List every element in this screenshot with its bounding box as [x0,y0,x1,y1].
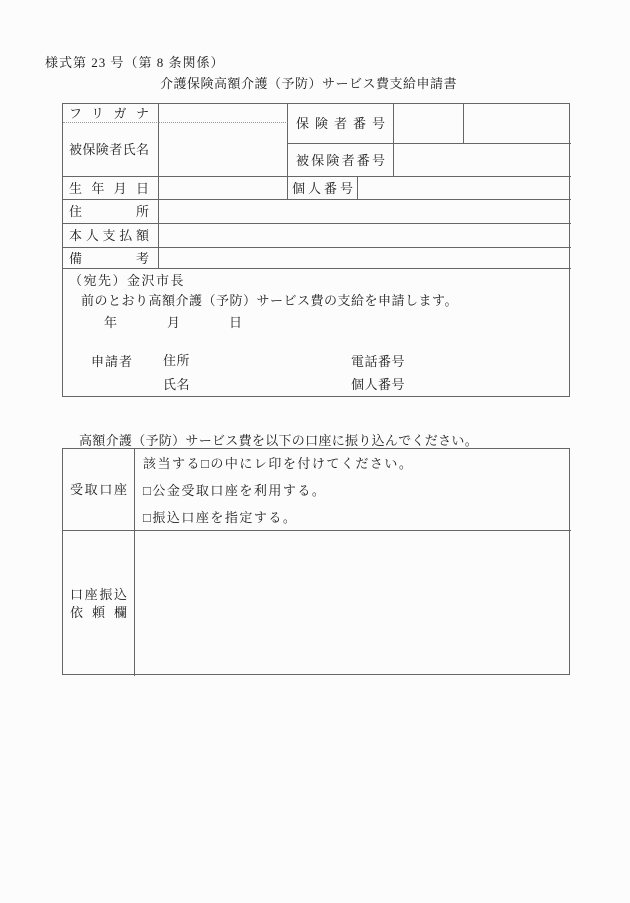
remarks-label: 備考 [63,252,158,265]
insurer-number-label-cell: 保険者番号 [288,104,394,144]
addressee-text: （宛先）金沢市長 [69,274,185,288]
checkbox-option-public-account[interactable]: □公金受取口座を利用する。 [143,484,326,498]
insured-name-label: 被保険者氏名 [63,143,158,156]
account-options-cell: 該当する□の中にレ印を付けてください。 □公金受取口座を利用する。 □振込口座を… [135,449,571,531]
bank-account-table: 受取口座 該当する□の中にレ印を付けてください。 □公金受取口座を利用する。 □… [62,448,570,675]
address-label: 住所 [63,205,158,218]
date-month-label: 月 [167,316,180,330]
transfer-request-label-line1: 口座振込 [63,586,134,604]
date-year-label: 年 [104,316,117,330]
remarks-input-cell[interactable] [159,248,571,269]
personal-number-label-cell: 個人番号 [288,177,358,200]
transfer-request-label-line2: 依頼欄 [63,604,134,622]
self-payment-label-cell: 本人支払額 [63,224,159,248]
birthdate-label: 生年月日 [63,182,158,195]
transfer-request-label-cell: 口座振込 依頼欄 [63,531,135,676]
insured-name-input-cell[interactable] [159,123,288,177]
address-input-cell[interactable] [159,200,571,224]
personal-number-label: 個人番号 [288,182,357,195]
declaration-section: （宛先）金沢市長 前のとおり高額介護（予防）サービス費の支給を申請します。 年 … [63,269,571,398]
receiving-account-label-cell: 受取口座 [63,449,135,531]
furigana-label-cell: フリガナ [63,104,159,123]
personal-number-input-cell[interactable] [358,177,571,200]
applicant-info-table: フリガナ 被保険者氏名 保険者番号 被保険者番号 生年月日 個人番号 住所 本人… [62,103,570,397]
insurer-number-label: 保険者番号 [288,117,393,130]
checkbox-instruction-text: 該当する□の中にレ印を付けてください。 [143,457,413,471]
insured-number-input-cell[interactable] [394,144,571,177]
birthdate-input-cell[interactable] [159,177,288,200]
insured-name-label-cell: 被保険者氏名 [63,123,159,177]
applicant-name-label: 氏名 [163,378,190,392]
applicant-label: 申請者 [91,355,133,369]
application-form-page: 様式第 23 号（第 8 条関係） 介護保険高額介護（予防）サービス費支給申請書… [0,0,630,903]
applicant-phone-label: 電話番号 [351,355,405,369]
transfer-instruction: 高額介護（予防）サービス費を以下の口座に振り込んでください。 [79,430,478,449]
self-payment-input-cell[interactable] [159,224,571,248]
checkbox-option-designated-account[interactable]: □振込口座を指定する。 [143,511,297,525]
transfer-request-input-cell[interactable] [135,531,571,676]
furigana-label: フリガナ [63,107,158,120]
remarks-label-cell: 備考 [63,248,159,269]
address-label-cell: 住所 [63,200,159,224]
insured-number-label: 被保険者番号 [288,154,393,167]
receiving-account-label: 受取口座 [63,483,134,496]
furigana-input-cell[interactable] [159,104,288,123]
insurer-number-input-cell-2[interactable] [464,104,571,144]
declaration-text: 前のとおり高額介護（予防）サービス費の支給を申請します。 [81,294,458,308]
birthdate-label-cell: 生年月日 [63,177,159,200]
applicant-personal-number-label: 個人番号 [351,378,405,392]
form-number: 様式第 23 号（第 8 条関係） [45,52,225,71]
applicant-address-label: 住所 [163,354,190,368]
date-day-label: 日 [229,316,242,330]
page-title: 介護保険高額介護（予防）サービス費支給申請書 [160,73,457,92]
insured-number-label-cell: 被保険者番号 [288,144,394,177]
insurer-number-input-cell-1[interactable] [394,104,464,144]
self-payment-label: 本人支払額 [63,229,158,242]
